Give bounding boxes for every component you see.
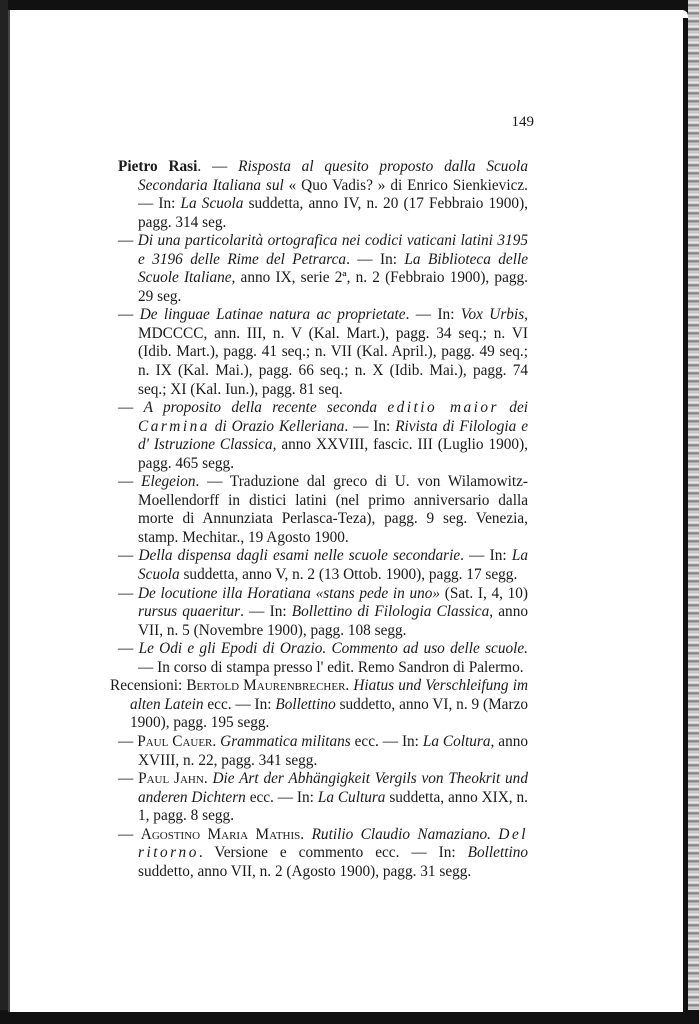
publication-details: suddetto, anno VII, n. 2 (Agosto 1900), …: [138, 863, 471, 880]
scan-border-left: [0, 0, 8, 1024]
scan-border-bottom: [0, 1010, 699, 1024]
bibliography-entry-7: — De locutione illa Horatiana «stans ped…: [118, 585, 528, 641]
publication-details: . — Traduzione dal greco di U. von Wilam…: [138, 473, 528, 546]
journal-title: La Scuola: [181, 195, 244, 212]
bibliography-entry-2: — Di una particolarità ortografica nei c…: [118, 232, 528, 306]
work-title: A proposito della recente seconda: [144, 399, 388, 416]
journal-title: La Cultura: [318, 789, 386, 806]
book-page: 149 Pietro Rasi. — Risposta al quesito p…: [8, 10, 688, 1012]
bibliography-entry-3: — De linguae Latinae natura ac proprieta…: [118, 306, 528, 399]
work-title: Le Odi e gli Epodi di Orazio. Commento a…: [139, 640, 528, 657]
journal-title: Bollettino: [275, 696, 335, 713]
review-entry-4: — Agostino Maria Mathis. Rutilio Claudio…: [118, 826, 528, 882]
work-title: Rutilio Claudio Namaziano.: [312, 826, 499, 843]
review-entry-2: — Paul Cauer. Grammatica militans ecc. —…: [118, 733, 528, 770]
author-name: Bertold Maurenbrecher: [186, 677, 345, 694]
work-title: Grammatica militans: [220, 733, 351, 750]
author-name: Agostino Maria Mathis: [141, 826, 301, 843]
journal-title: La Coltura,: [423, 733, 495, 750]
section-label: Recensioni:: [110, 677, 186, 694]
author-name: Paul Cauer: [137, 733, 212, 750]
journal-title: Bollettino: [468, 844, 528, 861]
work-title: De locutione illa Horatiana «stans pede …: [138, 585, 440, 602]
publication-details: MDCCCC, ann. III, n. V (Kal. Mart.), pag…: [138, 325, 528, 398]
work-title: De linguae Latinae natura ac proprietate: [140, 306, 406, 323]
scan-page-edge-right: [688, 0, 699, 1024]
journal-title: Bollettino di Filologia Classica,: [292, 603, 493, 620]
work-title-spaced: editio maior: [387, 399, 499, 416]
bibliography-entry-6: — Della dispensa dagli esami nelle scuol…: [118, 547, 528, 584]
review-entry-1: Recensioni: Bertold Maurenbrecher. Hiatu…: [110, 677, 528, 733]
bibliography-entry-8: — Le Odi e gli Epodi di Orazio. Commento…: [118, 640, 528, 677]
author-name: Pietro Rasi: [118, 158, 197, 175]
review-entry-3: — Paul Jahn. Die Art der Abhängigkeit Ve…: [118, 770, 528, 826]
bibliography-entry-1: Pietro Rasi. — Risposta al quesito propo…: [118, 158, 528, 232]
author-name: Paul Jahn: [138, 770, 204, 787]
bibliography-entry-5: — Elegeion. — Traduzione dal greco di U.…: [118, 473, 528, 547]
publication-details: — In corso di stampa presso l' edit. Rem…: [138, 659, 524, 676]
bibliography-entry-4: — A proposito della recente seconda edit…: [118, 399, 528, 473]
work-title: Della dispensa dagli esami nelle scuole …: [138, 547, 460, 564]
work-title: Elegeion: [141, 473, 195, 490]
publication-details: suddetta, anno V, n. 2 (13 Ottob. 1900),…: [180, 566, 518, 583]
journal-title: Vox Urbis,: [461, 306, 528, 323]
bibliography-list: Pietro Rasi. — Risposta al quesito propo…: [118, 158, 528, 881]
page-number: 149: [498, 114, 534, 131]
